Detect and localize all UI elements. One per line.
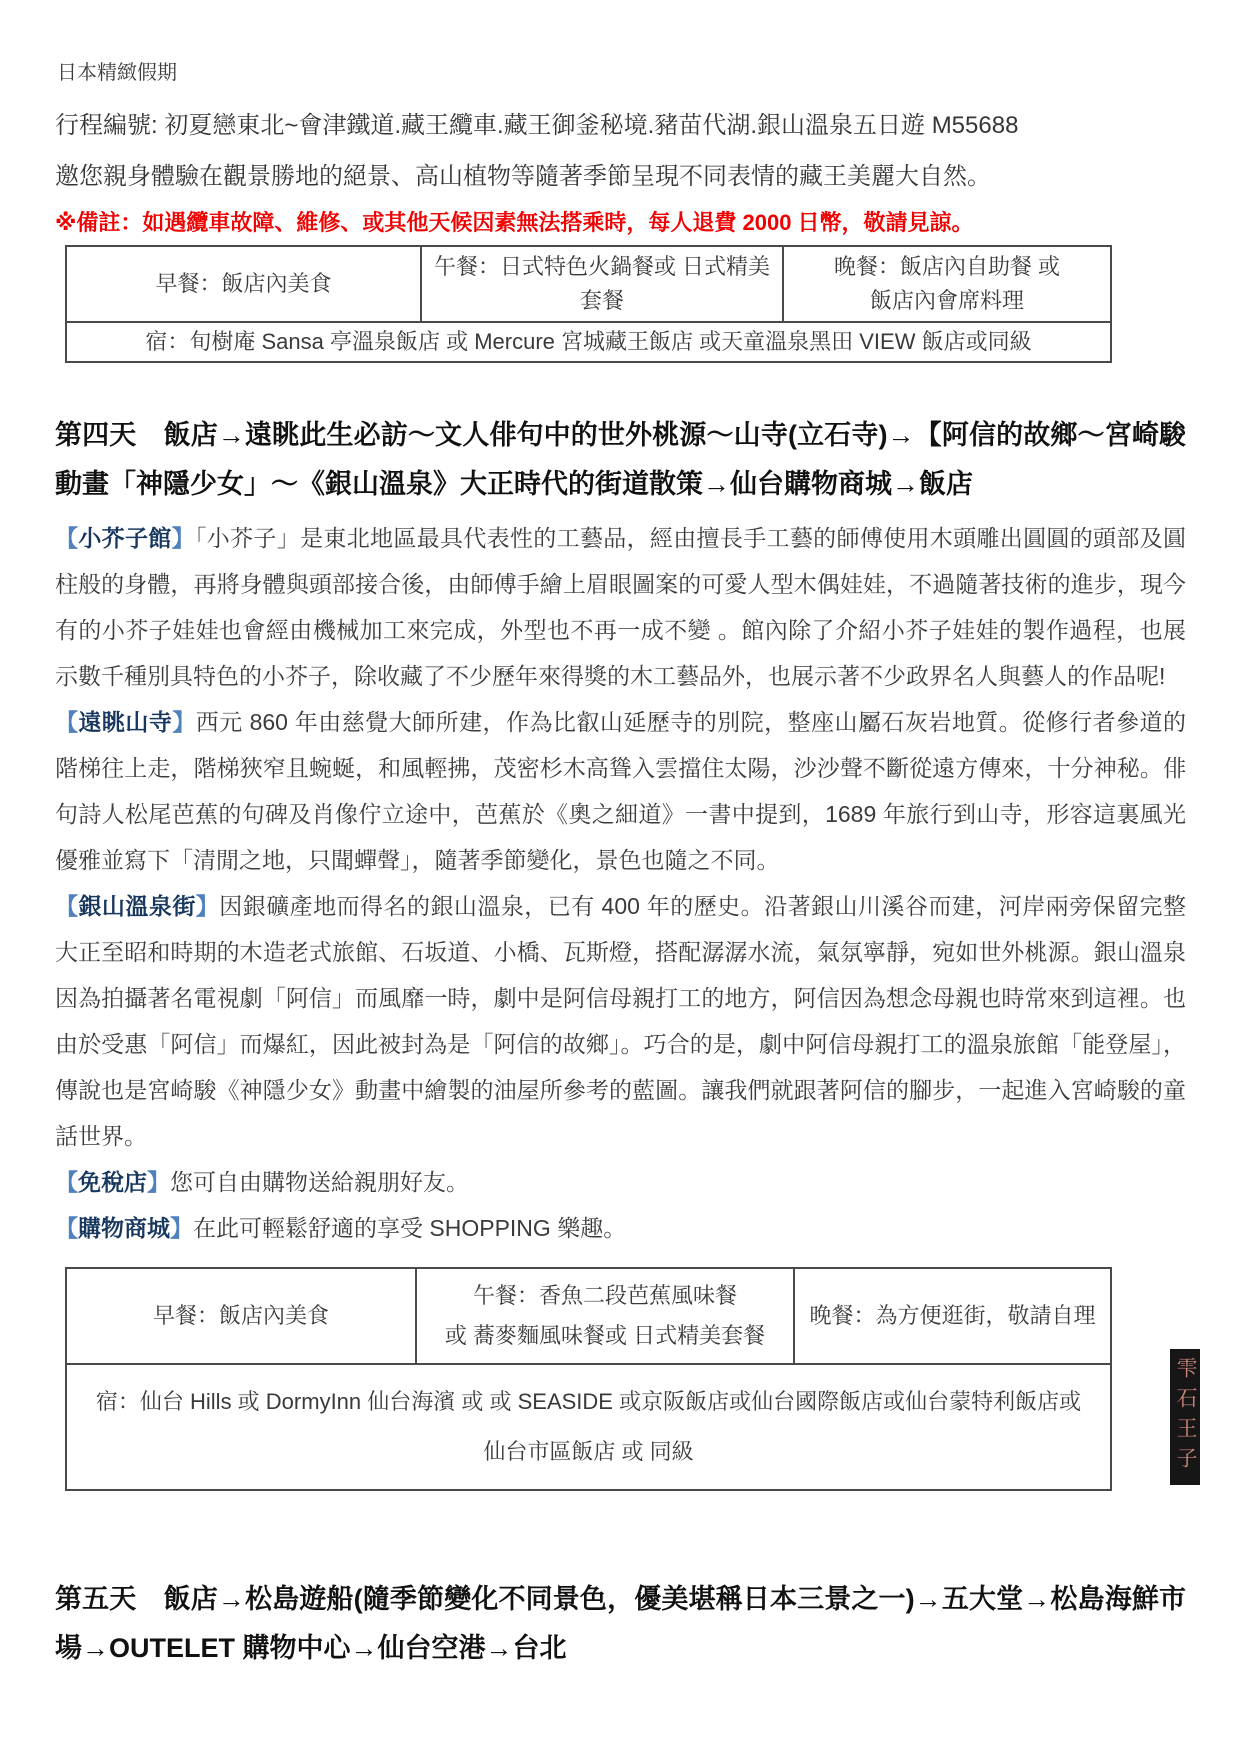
document-page: 日本精緻假期 行程編號: 初夏戀東北~會津鐵道.藏王纜車.藏王御釜秘境.豬苗代湖… <box>0 0 1241 1754</box>
hotel-cell: 宿：旬樹庵 Sansa 亭溫泉飯店 或 Mercure 宮城藏王飯店 或天童溫泉… <box>66 322 1111 362</box>
bracket-open: 【 <box>55 1215 78 1241</box>
section-body: 因銀礦產地而得名的銀山溫泉，已有 400 年的歷史。沿著銀山川溪谷而建，河岸兩旁… <box>55 893 1186 1149</box>
section-kokeshi-hall: 【小芥子館】「小芥子」是東北地區最具代表性的工藝品，經由擅長手工藝的師傅使用木頭… <box>55 515 1186 699</box>
section-title: 購物商城 <box>78 1215 170 1241</box>
meal-table-1: 早餐：飯店內美食 午餐：日式特色火鍋餐或 日式精美 套餐 晚餐：飯店內自助餐 或… <box>65 245 1112 363</box>
meal-table-2: 早餐：飯店內美食 午餐：香魚二段芭蕉風味餐 或 蕎麥麵風味餐或 日式精美套餐 晚… <box>65 1267 1112 1491</box>
bracket-close: 】 <box>170 1215 193 1241</box>
bracket-close: 】 <box>196 893 219 919</box>
lunch-cell: 午餐：香魚二段芭蕉風味餐 或 蕎麥麵風味餐或 日式精美套餐 <box>416 1268 794 1364</box>
section-title: 遠眺山寺 <box>78 709 172 735</box>
refund-notice: ※備註：如遇纜車故障、維修、或其他天候因素無法搭乘時，每人退費 2000 日幣，… <box>55 206 1186 237</box>
bracket-close: 】 <box>172 709 195 735</box>
section-yamadera: 【遠眺山寺】西元 860 年由慈覺大師所建，作為比叡山延歷寺的別院，整座山屬石灰… <box>55 699 1186 883</box>
section-body: 在此可輕鬆舒適的享受 SHOPPING 樂趣。 <box>193 1215 626 1241</box>
section-body: 您可自由購物送給親朋好友。 <box>170 1169 469 1195</box>
hotel-row: 宿：旬樹庵 Sansa 亭溫泉飯店 或 Mercure 宮城藏王飯店 或天童溫泉… <box>66 322 1111 362</box>
day4-heading: 第四天 飯店→遠眺此生必訪～文人俳句中的世外桃源～山寺(立石寺)→【阿信的故鄉～… <box>55 411 1186 509</box>
section-title: 免稅店 <box>78 1169 147 1195</box>
bracket-open: 【 <box>55 893 78 919</box>
day5-heading: 第五天 飯店→松島遊船(隨季節變化不同景色，優美堪稱日本三景之一)→五大堂→松島… <box>55 1575 1186 1673</box>
intro-line: 邀您親身體驗在觀景勝地的絕景、高山植物等隨著季節呈現不同表情的藏王美麗大自然。 <box>55 156 1186 191</box>
hotel-cell: 宿：仙台 Hills 或 DormyInn 仙台海濱 或 或 SEASIDE 或… <box>66 1364 1111 1490</box>
meal-row: 早餐：飯店內美食 午餐：日式特色火鍋餐或 日式精美 套餐 晚餐：飯店內自助餐 或… <box>66 246 1111 322</box>
section-ginzan-onsen-street: 【銀山溫泉街】因銀礦產地而得名的銀山溫泉，已有 400 年的歷史。沿著銀山川溪谷… <box>55 883 1186 1159</box>
section-duty-free-shop: 【免稅店】您可自由購物送給親朋好友。 <box>55 1159 1186 1205</box>
breakfast-cell: 早餐：飯店內美食 <box>66 1268 416 1364</box>
bracket-close: 】 <box>172 525 195 551</box>
section-body: 「小芥子」是東北地區最具代表性的工藝品，經由擅長手工藝的師傅使用木頭雕出圓圓的頭… <box>55 525 1186 689</box>
meal-row: 早餐：飯店內美食 午餐：香魚二段芭蕉風味餐 或 蕎麥麵風味餐或 日式精美套餐 晚… <box>66 1268 1111 1364</box>
vertical-stamp: 雫石王子 <box>1170 1349 1200 1485</box>
dinner-cell: 晚餐：為方便逛街，敬請自理 <box>794 1268 1111 1364</box>
breakfast-cell: 早餐：飯店內美食 <box>66 246 421 322</box>
brand-title: 日本精緻假期 <box>57 56 1186 85</box>
bracket-open: 【 <box>55 1169 78 1195</box>
section-body: 西元 860 年由慈覺大師所建，作為比叡山延歷寺的別院，整座山屬石灰岩地質。從修… <box>55 709 1186 873</box>
stamp-text: 雫石王子 <box>1170 1357 1200 1477</box>
dinner-cell: 晚餐：飯店內自助餐 或 飯店內會席料理 <box>783 246 1111 322</box>
bracket-open: 【 <box>55 709 78 735</box>
section-shopping-mall: 【購物商城】在此可輕鬆舒適的享受 SHOPPING 樂趣。 <box>55 1205 1186 1251</box>
bracket-open: 【 <box>55 525 78 551</box>
hotel-row: 宿：仙台 Hills 或 DormyInn 仙台海濱 或 或 SEASIDE 或… <box>66 1364 1111 1490</box>
lunch-cell: 午餐：日式特色火鍋餐或 日式精美 套餐 <box>421 246 783 322</box>
section-title: 小芥子館 <box>78 525 171 551</box>
meal-table-2-wrap: 早餐：飯店內美食 午餐：香魚二段芭蕉風味餐 或 蕎麥麵風味餐或 日式精美套餐 晚… <box>55 1267 1186 1491</box>
bracket-close: 】 <box>147 1169 170 1195</box>
section-title: 銀山溫泉街 <box>78 893 195 919</box>
tour-code-line: 行程編號: 初夏戀東北~會津鐵道.藏王纜車.藏王御釜秘境.豬苗代湖.銀山溫泉五日… <box>55 105 1186 140</box>
